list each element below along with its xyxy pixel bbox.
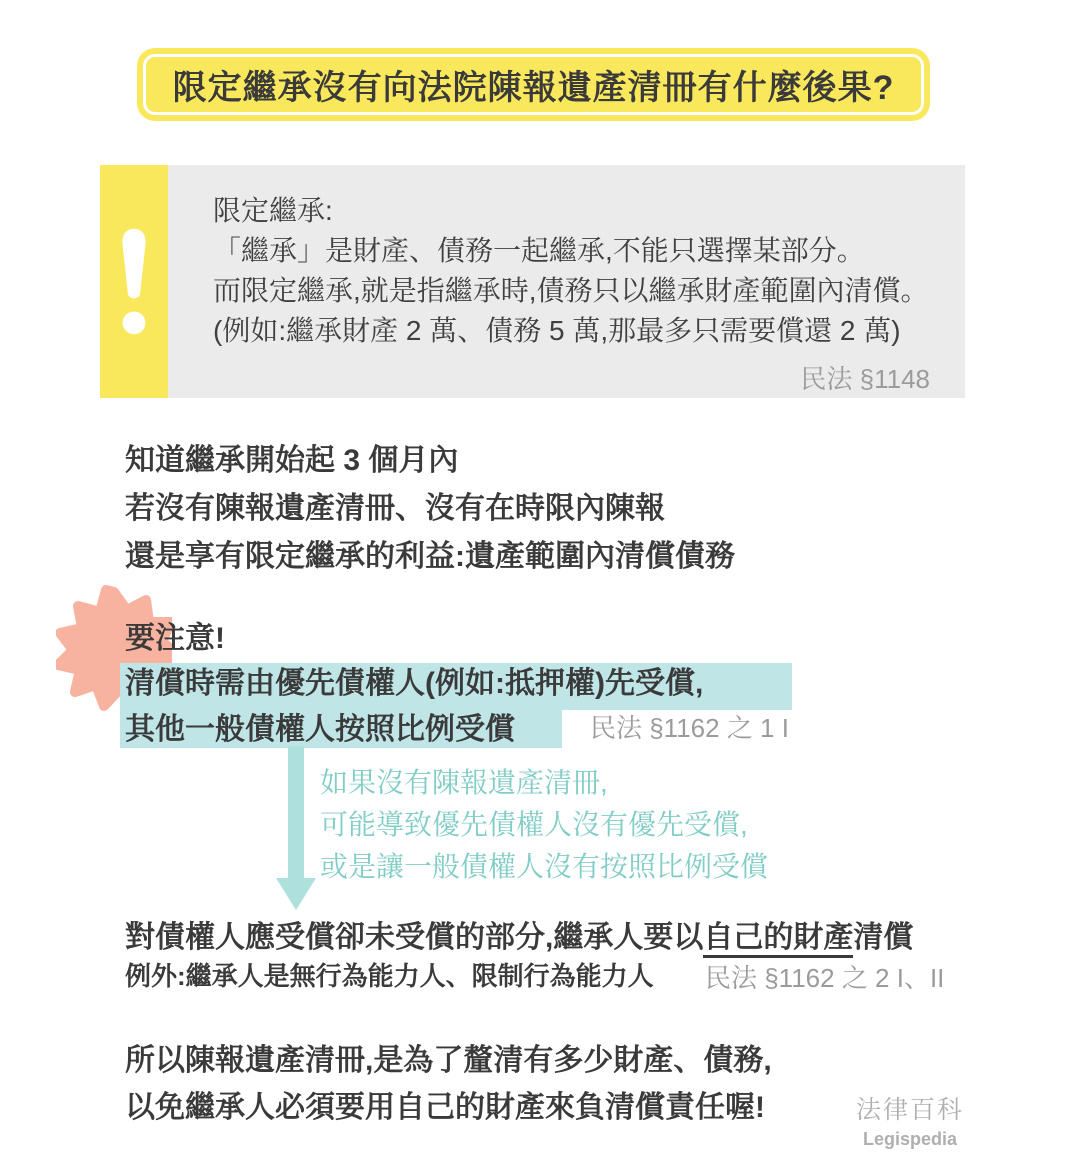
law-citation-1148: 民法 §1148 <box>213 359 930 396</box>
conclusion-paragraph: 所以陳報遺產清冊,是為了釐清有多少財產、債務, 以免繼承人必須要用自己的財產來負… <box>125 1037 772 1131</box>
exclamation-icon <box>115 226 153 338</box>
rule-line: 知道繼承開始起 3 個月內 <box>125 437 735 485</box>
definition-content: 限定繼承: 「繼承」是財產、債務一起繼承,不能只選擇某部分。 而限定繼承,就是指… <box>168 165 965 398</box>
definition-callout: 限定繼承: 「繼承」是財產、債務一起繼承,不能只選擇某部分。 而限定繼承,就是指… <box>100 165 965 398</box>
liability-prefix: 對債權人應受償卻未受償的部分,繼承人要以 <box>125 921 703 954</box>
consequence-note: 如果沒有陳報遺產清冊, 可能導致優先債權人沒有優先受償, 或是讓一般債權人沒有按… <box>320 762 768 888</box>
brand-name-en: Legispedia <box>840 1129 980 1150</box>
brand-logo: 法律百科 Legispedia <box>840 1090 980 1150</box>
rule-line: 還是享有限定繼承的利益:遺產範圍內清償債務 <box>125 533 735 581</box>
exception-line: 例外:繼承人是無行為能力人、限制行為能力人 <box>125 956 654 993</box>
note-line: 可能導致優先債權人沒有優先受償, <box>320 804 768 846</box>
attention-heading: 要注意! <box>125 613 225 657</box>
note-line: 或是讓一般債權人沒有按照比例受償 <box>320 846 768 888</box>
title-banner: 限定繼承沒有向法院陳報遺產清冊有什麼後果? <box>137 48 930 121</box>
law-citation-1162-2: 民法 §1162 之 2 I、II <box>705 958 944 995</box>
conclusion-line: 以免繼承人必須要用自己的財產來負清償責任喔! <box>125 1084 772 1131</box>
definition-line: 限定繼承: <box>213 191 930 231</box>
title-inner-border: 限定繼承沒有向法院陳報遺產清冊有什麼後果? <box>143 54 924 115</box>
callout-stripe <box>100 165 168 398</box>
general-creditor-line: 其他一般債權人按照比例受償 <box>125 704 515 748</box>
liability-suffix: 清償 <box>853 921 913 954</box>
law-citation-1162-1: 民法 §1162 之 1 I <box>590 708 789 745</box>
note-line: 如果沒有陳報遺產清冊, <box>320 762 768 804</box>
definition-line: 而限定繼承,就是指繼承時,債務只以繼承財產範圍內清償。 <box>213 271 930 311</box>
conclusion-line: 所以陳報遺產清冊,是為了釐清有多少財產、債務, <box>125 1037 772 1084</box>
definition-line: (例如:繼承財產 2 萬、債務 5 萬,那最多只需要償還 2 萬) <box>213 311 930 351</box>
legal-infographic: 限定繼承沒有向法院陳報遺產清冊有什麼後果? 限定繼承: 「繼承」是財產、債務一起… <box>0 0 1065 1167</box>
arrow-down-icon <box>274 746 318 912</box>
priority-creditor-line: 清償時需由優先債權人(例如:抵押權)先受償, <box>125 658 703 702</box>
rule-paragraph: 知道繼承開始起 3 個月內 若沒有陳報遺產清冊、沒有在時限內陳報 還是享有限定繼… <box>125 437 735 581</box>
own-property-underlined: 自己的財產 <box>703 921 853 958</box>
page-title: 限定繼承沒有向法院陳報遺產清冊有什麼後果? <box>173 60 895 109</box>
definition-line: 「繼承」是財產、債務一起繼承,不能只選擇某部分。 <box>213 231 930 271</box>
liability-line: 對債權人應受償卻未受償的部分,繼承人要以自己的財產清償 <box>125 912 913 956</box>
rule-line: 若沒有陳報遺產清冊、沒有在時限內陳報 <box>125 485 735 533</box>
brand-name-zh: 法律百科 <box>840 1090 980 1126</box>
